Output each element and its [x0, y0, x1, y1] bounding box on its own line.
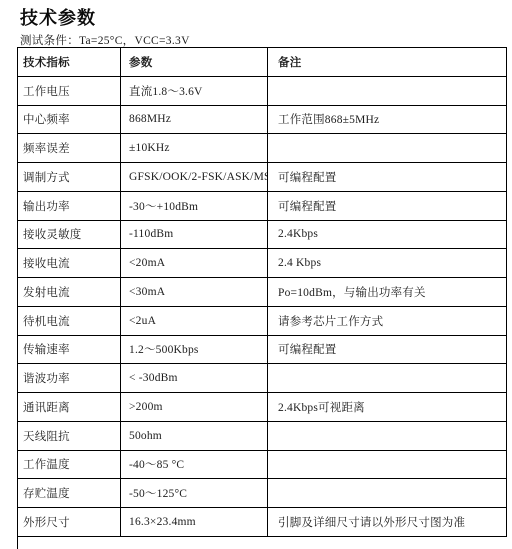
cell-remark: 2.4Kbps可视距离 — [268, 393, 507, 422]
table-row: 工作温度 -40～85 °C — [18, 450, 507, 479]
cell-indicator: 中心频率 — [18, 105, 121, 134]
table-row: 外形尺寸 16.3×23.4mm 引脚及详细尺寸请以外形尺寸图为准 — [18, 508, 507, 537]
cell-indicator: 外形尺寸 — [18, 508, 121, 537]
table-row: 中心频率 868MHz 工作范围868±5MHz — [18, 105, 507, 134]
table-row: 调制方式 GFSK/OOK/2-FSK/ASK/MSK 可编程配置 — [18, 163, 507, 192]
cell-parameter: < -30dBm — [121, 364, 268, 393]
cell-parameter: 50ohm — [121, 421, 268, 450]
table-row: 通讯距离 >200m 2.4Kbps可视距离 — [18, 393, 507, 422]
table-row: 谐波功率 < -30dBm — [18, 364, 507, 393]
cell-indicator: 通讯距离 — [18, 393, 121, 422]
cell-parameter: 直流1.8～3.6V — [121, 76, 268, 105]
cell-remark — [268, 364, 507, 393]
cell-remark: 可编程配置 — [268, 335, 507, 364]
cell-parameter: <30mA — [121, 278, 268, 307]
table-row: 频率误差 ±10KHz — [18, 134, 507, 163]
cell-indicator: 频率误差 — [18, 134, 121, 163]
table-row: 输出功率 -30～+10dBm 可编程配置 — [18, 191, 507, 220]
cell-indicator: 待机电流 — [18, 306, 121, 335]
cell-remark: 2.4 Kbps — [268, 249, 507, 278]
cell-remark: 2.4Kbps — [268, 220, 507, 249]
cell-parameter: <20mA — [121, 249, 268, 278]
cell-remark: 引脚及详细尺寸请以外形尺寸图为准 — [268, 508, 507, 537]
table-row: 传输速率 1.2～500Kbps 可编程配置 — [18, 335, 507, 364]
cell-indicator: 天线阻抗 — [18, 421, 121, 450]
cell-parameter: 1.2～500Kbps — [121, 335, 268, 364]
cell-indicator: 工作温度 — [18, 450, 121, 479]
cell-indicator: 接收电流 — [18, 249, 121, 278]
test-conditions-line: 测试条件：Ta=25°C，VCC=3.3V — [20, 32, 190, 48]
cell-remark: 请参考芯片工作方式 — [268, 306, 507, 335]
table-row: 待机电流 <2uA 请参考芯片工作方式 — [18, 306, 507, 335]
cell-parameter: -110dBm — [121, 220, 268, 249]
cell-parameter: 16.3×23.4mm — [121, 508, 268, 537]
cell-remark — [268, 479, 507, 508]
cell-remark: 工作范围868±5MHz — [268, 105, 507, 134]
cell-remark — [268, 76, 507, 105]
table-row: 存贮温度 -50～125°C — [18, 479, 507, 508]
column-header-remark: 备注 — [268, 48, 507, 77]
column-header-parameter: 参数 — [121, 48, 268, 77]
page-border-artifact — [17, 537, 18, 549]
table-header-row: 技术指标 参数 备注 — [18, 48, 507, 77]
column-header-indicator: 技术指标 — [18, 48, 121, 77]
cell-indicator: 传输速率 — [18, 335, 121, 364]
table-row: 发射电流 <30mA Po=10dBm，与输出功率有关 — [18, 278, 507, 307]
cell-indicator: 存贮温度 — [18, 479, 121, 508]
cell-parameter: 868MHz — [121, 105, 268, 134]
cell-parameter: GFSK/OOK/2-FSK/ASK/MSK — [121, 163, 268, 192]
cell-indicator: 发射电流 — [18, 278, 121, 307]
cell-indicator: 接收灵敏度 — [18, 220, 121, 249]
cell-indicator: 调制方式 — [18, 163, 121, 192]
cell-indicator: 输出功率 — [18, 191, 121, 220]
cell-parameter: -30～+10dBm — [121, 191, 268, 220]
cell-parameter: ±10KHz — [121, 134, 268, 163]
page-title: 技术参数 — [20, 4, 96, 30]
spec-table: 技术指标 参数 备注 工作电压 直流1.8～3.6V 中心频率 868MHz 工… — [17, 47, 507, 537]
cell-remark — [268, 134, 507, 163]
table-row: 接收灵敏度 -110dBm 2.4Kbps — [18, 220, 507, 249]
cell-indicator: 谐波功率 — [18, 364, 121, 393]
table-row: 天线阻抗 50ohm — [18, 421, 507, 450]
cell-parameter: -40～85 °C — [121, 450, 268, 479]
cell-parameter: >200m — [121, 393, 268, 422]
table-row: 接收电流 <20mA 2.4 Kbps — [18, 249, 507, 278]
cell-parameter: -50～125°C — [121, 479, 268, 508]
table-row: 工作电压 直流1.8～3.6V — [18, 76, 507, 105]
cell-remark — [268, 450, 507, 479]
cell-parameter: <2uA — [121, 306, 268, 335]
cell-remark: 可编程配置 — [268, 191, 507, 220]
cell-remark: 可编程配置 — [268, 163, 507, 192]
cell-remark: Po=10dBm，与输出功率有关 — [268, 278, 507, 307]
cell-remark — [268, 421, 507, 450]
cell-indicator: 工作电压 — [18, 76, 121, 105]
